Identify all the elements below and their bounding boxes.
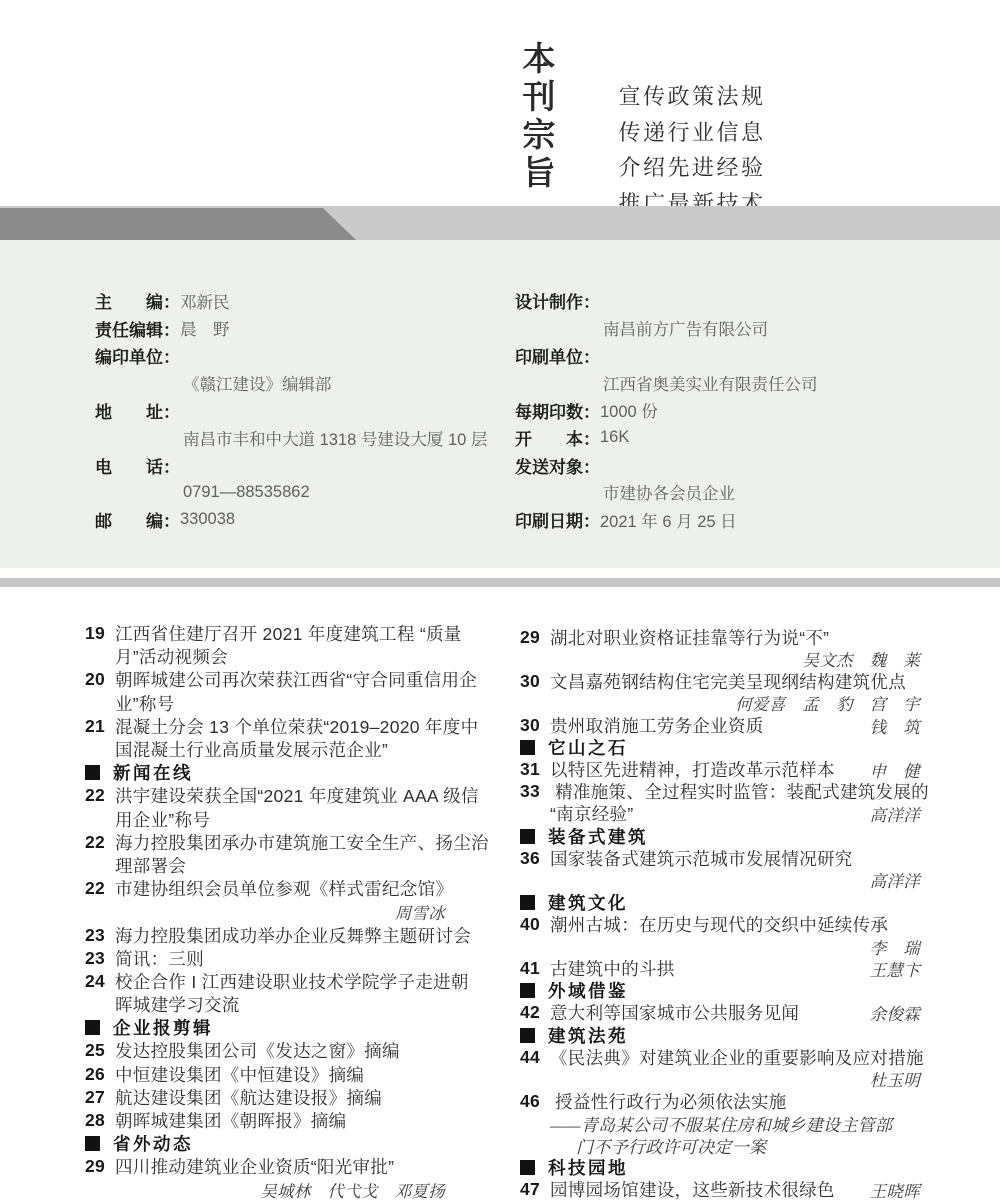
masthead-value: 2021 年 6 月 25 日 [600, 508, 737, 532]
mission-line-text: 传递行业信息 [618, 120, 765, 145]
masthead-label: 电 话： [95, 453, 180, 478]
toc-line: 21 混凝土分会 13 个单位荣获“2019–2020 年度中 [85, 715, 490, 738]
journal-mission-vertical-title: 本 刊 宗 旨 [516, 40, 562, 192]
masthead-value: 晨 野 [180, 316, 230, 340]
toc-line: 装备式建筑 [520, 825, 920, 847]
toc-page-number: 41 [520, 958, 550, 979]
toc-item-text: 航达建设集团《航达建设报》摘编 [115, 1085, 382, 1110]
toc-page-number: 22 [85, 785, 115, 806]
toc-item-text: 混凝土分会 13 个单位荣获“2019–2020 年度中 [115, 714, 478, 739]
toc-author: 杜玉明 [870, 1067, 920, 1091]
toc-author: 钱 筑 [870, 714, 920, 738]
masthead-label: 发送对象： [515, 453, 600, 478]
banner-strip [0, 206, 1000, 240]
masthead-value: 江西省奥美实业有限责任公司 [603, 371, 818, 395]
toc-page-number: 31 [520, 759, 550, 780]
masthead-value: 邓新民 [180, 289, 230, 313]
toc-page-number: 44 [520, 1047, 550, 1068]
toc-line: 晖城建学习交流 [85, 993, 490, 1016]
toc-line: 杜玉明 [520, 1068, 920, 1090]
section-marker-icon [520, 1160, 535, 1175]
toc-item-text: 海力控股集团承办市建筑施工安全生产、扬尘治 [115, 830, 489, 855]
toc-page-number: 29 [85, 1156, 115, 1177]
toc-line: 20 朝晖城建公司再次荣获江西省“守合同重信用企 [85, 668, 490, 691]
toc-line: 理部署会 [85, 854, 490, 877]
toc-line: “南京经验” 高洋洋 [520, 803, 920, 825]
masthead-line: 地 址： [95, 397, 487, 424]
masthead-value: 南昌市丰和中大道 1318 号建设大厦 10 层 [183, 426, 487, 450]
masthead-line: 江西省奥美实业有限责任公司 [515, 369, 818, 396]
toc-line: 19 江西省住建厅召开 2021 年度建筑工程 “质量 [85, 622, 490, 645]
toc-line: 国混凝土行业高质量发展示范企业” [85, 738, 490, 761]
toc-line: 22 洪宇建设荣获全国“2021 年度建筑业 AAA 级信 [85, 784, 490, 807]
masthead-line: 责任编辑： 晨 野 [95, 314, 487, 341]
toc-author: 何爱喜 孟 豹 宫 宇 [735, 691, 920, 715]
toc-author: 余俊霖 [870, 1001, 920, 1025]
toc-item-text: 国混凝土行业高质量发展示范企业” [115, 737, 388, 762]
toc-left-column: 19 江西省住建厅召开 2021 年度建筑工程 “质量 月”活动视频会 20 朝… [85, 622, 490, 1202]
toc-page-number: 46 [520, 1091, 550, 1112]
toc-line: 28 朝晖城建集团《朝晖报》摘编 [85, 1109, 490, 1132]
toc-page-number: 26 [85, 1064, 115, 1085]
toc-line: 高洋洋 [520, 869, 920, 891]
toc-page-number: 29 [520, 627, 550, 648]
toc-item-text: 简讯：三则 [115, 946, 204, 971]
toc-page-number: 47 [520, 1179, 550, 1200]
toc-item-text: 海力控股集团成功举办企业反舞弊主题研讨会 [115, 923, 471, 948]
masthead-value: 16K [600, 428, 629, 447]
toc-line: 外域借鉴 [520, 980, 920, 1002]
mission-line: 宣传政策法规 [584, 44, 765, 79]
toc-line: 46 授益性行政行为必须依法实施 [520, 1090, 920, 1112]
toc-line: 用企业”称号 [85, 808, 490, 831]
masthead-line: 印刷单位： [515, 342, 818, 369]
toc-item-text: 企业报剪辑 [113, 1015, 213, 1040]
toc-line: 建筑法苑 [520, 1024, 920, 1046]
masthead-right-column: 设计制作： 南昌前方广告有限公司 印刷单位： 江西省奥美实业有限责任公司 每期印… [515, 287, 818, 534]
toc-line: ——青岛某公司不服某住房和城乡建设主管部 [520, 1112, 920, 1134]
toc-line: 何爱喜 孟 豹 宫 宇 [520, 692, 920, 714]
toc-page-number: 33 [520, 781, 550, 802]
toc-item-text: 园博园场馆建设，这些新技术很绿色 [550, 1177, 835, 1202]
toc-author: 高洋洋 [870, 868, 920, 892]
toc-author: 王慧卞 [870, 957, 920, 981]
masthead-line: 发送对象： [515, 451, 818, 478]
toc-item-text: 四川推动建筑业企业资质“阳光审批” [115, 1154, 394, 1179]
toc-line: 30 文昌嘉苑钢结构住宅完美呈现纲结构建筑优点 [520, 670, 920, 692]
toc-line: 44 《民法典》对建筑业企业的重要影响及应对措施 [520, 1046, 920, 1068]
toc-page-number: 30 [520, 671, 550, 692]
masthead-line: 南昌市丰和中大道 1318 号建设大厦 10 层 [95, 424, 487, 451]
toc-item-text: 朝晖城建公司再次荣获江西省“守合同重信用企 [115, 667, 477, 692]
masthead-line: 设计制作： [515, 287, 818, 314]
toc-line: 22 海力控股集团承办市建筑施工安全生产、扬尘治 [85, 831, 490, 854]
toc-line: 新闻在线 [85, 761, 490, 784]
masthead-label: 开 本： [515, 425, 600, 450]
toc-item-text: 湖北对职业资格证挂靠等行为说“不” [550, 625, 829, 650]
toc-line: 30 贵州取消施工劳务企业资质 钱 筑 [520, 714, 920, 736]
toc-page-number: 22 [85, 832, 115, 853]
toc-line: 40 潮州古城：在历史与现代的交织中延续传承 [520, 913, 920, 935]
section-marker-icon [520, 983, 535, 998]
toc-author: 高洋洋 [870, 802, 920, 826]
toc-author: 周雪冰 [395, 900, 445, 924]
toc-item-text: 朝晖城建集团《朝晖报》摘编 [115, 1108, 346, 1133]
toc-line: 27 航达建设集团《航达建设报》摘编 [85, 1086, 490, 1109]
toc-line: 科技园地 [520, 1157, 920, 1179]
section-marker-icon [85, 1136, 100, 1151]
toc-line: 周雪冰 [85, 900, 490, 923]
section-marker-icon [520, 740, 535, 755]
masthead-line: 《赣江建设》编辑部 [95, 369, 487, 396]
toc-line: 李 瑞 [520, 936, 920, 958]
toc-page-number: 36 [520, 848, 550, 869]
masthead-line: 0791—88535862 [95, 479, 487, 506]
mission-statement-list: 宣传政策法规 传递行业信息 介绍先进经验 推广最新技术 展示企业风采 [584, 44, 765, 221]
masthead-left-column: 主 编： 邓新民 责任编辑： 晨 野 编印单位： 《赣江建设》编辑部 地 址： … [95, 287, 487, 534]
toc-line: 33 精准施策、全过程实时监管：装配式建筑发展的 [520, 781, 920, 803]
toc-line: 23 简讯：三则 [85, 947, 490, 970]
masthead-line: 每期印数： 1000 份 [515, 397, 818, 424]
masthead-label: 地 址： [95, 398, 180, 423]
masthead-label: 主 编： [95, 288, 180, 313]
toc-line: 47 园博园场馆建设，这些新技术很绿色 王晓晖 [520, 1179, 920, 1201]
vertical-title-char: 刊 [516, 78, 562, 116]
toc-line: 月”活动视频会 [85, 645, 490, 668]
toc-page-number: 19 [85, 623, 115, 644]
toc-item-text: 发达控股集团公司《发达之窗》摘编 [115, 1038, 400, 1063]
banner-dark-parallelogram [0, 208, 360, 240]
toc-line: 建筑文化 [520, 891, 920, 913]
section-marker-icon [520, 895, 535, 910]
vertical-title-char: 本 [516, 40, 562, 78]
toc-line: 24 校企合作 I 江西建设职业技术学院学子走进朝 [85, 970, 490, 993]
toc-page-number: 30 [520, 715, 550, 736]
toc-page-number: 21 [85, 716, 115, 737]
toc-line: 29 湖北对职业资格证挂靠等行为说“不” [520, 626, 920, 648]
masthead-label: 邮 编： [95, 507, 180, 532]
masthead-label: 责任编辑： [95, 316, 180, 341]
section-marker-icon [520, 1028, 535, 1043]
masthead-value: 330038 [180, 510, 235, 529]
masthead-line: 印刷日期： 2021 年 6 月 25 日 [515, 506, 818, 533]
toc-line: 42 意大利等国家城市公共服务见闻 余俊霖 [520, 1002, 920, 1024]
toc-item-text: 江西省住建厅召开 2021 年度建筑工程 “质量 [115, 621, 462, 646]
masthead-line: 南昌前方广告有限公司 [515, 314, 818, 341]
masthead-line: 邮 编： 330038 [95, 506, 487, 533]
masthead-value: 市建协各会员企业 [603, 480, 735, 504]
toc-page-number: 28 [85, 1110, 115, 1131]
masthead-value: 《赣江建设》编辑部 [183, 371, 332, 395]
toc-line: 业”称号 [85, 692, 490, 715]
toc-line: 26 中恒建设集团《中恒建设》摘编 [85, 1063, 490, 1086]
toc-author: 李 瑞 [870, 935, 920, 959]
toc-page-number: 23 [85, 925, 115, 946]
toc-line: 吴文杰 魏 莱 [520, 648, 920, 670]
toc-item-text: 中恒建设集团《中恒建设》摘编 [115, 1062, 364, 1087]
toc-line: 29 四川推动建筑业企业资质“阳光审批” [85, 1155, 490, 1178]
masthead-value: 0791—88535862 [183, 483, 310, 502]
toc-page-number: 20 [85, 669, 115, 690]
toc-item-text: 《民法典》对建筑业企业的重要影响及应对措施 [550, 1045, 924, 1070]
masthead-line: 编印单位： [95, 342, 487, 369]
toc-author: 吴文杰 魏 莱 [802, 647, 920, 671]
section-marker-icon [85, 765, 100, 780]
toc-right-column: 29 湖北对职业资格证挂靠等行为说“不” 吴文杰 魏 莱 30 文昌嘉苑钢结构住… [520, 626, 920, 1201]
toc-page-number: 23 [85, 948, 115, 969]
toc-page-number: 25 [85, 1040, 115, 1061]
toc-page-number: 42 [520, 1002, 550, 1023]
masthead-panel: 主 编： 邓新民 责任编辑： 晨 野 编印单位： 《赣江建设》编辑部 地 址： … [0, 240, 1000, 568]
toc-item-text: 国家装备式建筑示范城市发展情况研究 [550, 846, 853, 871]
masthead-label: 印刷单位： [515, 343, 600, 368]
masthead-label: 设计制作： [515, 288, 600, 313]
toc-item-text: 晖城建学习交流 [115, 992, 240, 1017]
toc-page-number: 24 [85, 971, 115, 992]
mission-line-text: 介绍先进经验 [618, 155, 765, 180]
masthead-label: 编印单位： [95, 343, 180, 368]
masthead-label: 每期印数： [515, 398, 600, 423]
toc-item-text: 省外动态 [113, 1131, 193, 1156]
toc-item-text: 业”称号 [115, 691, 175, 716]
toc-author: 吴城林 代弋戈 邓夏扬 [260, 1178, 445, 1202]
toc-line: 41 古建筑中的斗拱 王慧卞 [520, 958, 920, 980]
toc-item-text: 洪宇建设荣获全国“2021 年度建筑业 AAA 级信 [115, 783, 479, 808]
toc-line: 门不予行政许可决定一案 [520, 1135, 920, 1157]
toc-line: 25 发达控股集团公司《发达之窗》摘编 [85, 1039, 490, 1062]
toc-item-text: 校企合作 I 江西建设职业技术学院学子走进朝 [115, 969, 469, 994]
toc-page-number: 22 [85, 878, 115, 899]
toc-line: 省外动态 [85, 1132, 490, 1155]
toc-item-text: 理部署会 [115, 853, 186, 878]
section-marker-icon [85, 1020, 100, 1035]
masthead-value: 1000 份 [600, 398, 658, 422]
section-marker-icon [520, 829, 535, 844]
toc-line: 36 国家装备式建筑示范城市发展情况研究 [520, 847, 920, 869]
toc-author: 申 健 [870, 758, 920, 782]
vertical-title-char: 宗 [516, 116, 562, 154]
toc-item-text: 月”活动视频会 [115, 644, 228, 669]
masthead-line: 市建协各会员企业 [515, 479, 818, 506]
divider-bar [0, 578, 1000, 587]
masthead-label: 印刷日期： [515, 507, 600, 532]
toc-page-number: 40 [520, 914, 550, 935]
masthead-line: 主 编： 邓新民 [95, 287, 487, 314]
toc-author: 王晓晖 [870, 1178, 920, 1202]
vertical-title-char: 旨 [516, 154, 562, 192]
toc-line: 23 海力控股集团成功举办企业反舞弊主题研讨会 [85, 923, 490, 946]
toc-item-text: 市建协组织会员单位参观《样式雷纪念馆》 [115, 876, 453, 901]
toc-line: 企业报剪辑 [85, 1016, 490, 1039]
toc-item-text: 潮州古城：在历史与现代的交织中延续传承 [550, 912, 888, 937]
toc-item-text: 文昌嘉苑钢结构住宅完美呈现纲结构建筑优点 [550, 669, 906, 694]
masthead-line: 电 话： [95, 451, 487, 478]
toc-item-text: 新闻在线 [113, 760, 193, 785]
toc-line: 它山之石 [520, 737, 920, 759]
toc-line: 22 市建协组织会员单位参观《样式雷纪念馆》 [85, 877, 490, 900]
toc-line: 吴城林 代弋戈 邓夏扬 [85, 1179, 490, 1202]
masthead-line: 开 本： 16K [515, 424, 818, 451]
toc-page-number: 27 [85, 1087, 115, 1108]
toc-item-text: 用企业”称号 [115, 807, 210, 832]
masthead-value: 南昌前方广告有限公司 [603, 316, 768, 340]
mission-line-text: 宣传政策法规 [618, 84, 765, 109]
toc-line: 31 以特区先进精神，打造改革示范样本 申 健 [520, 759, 920, 781]
